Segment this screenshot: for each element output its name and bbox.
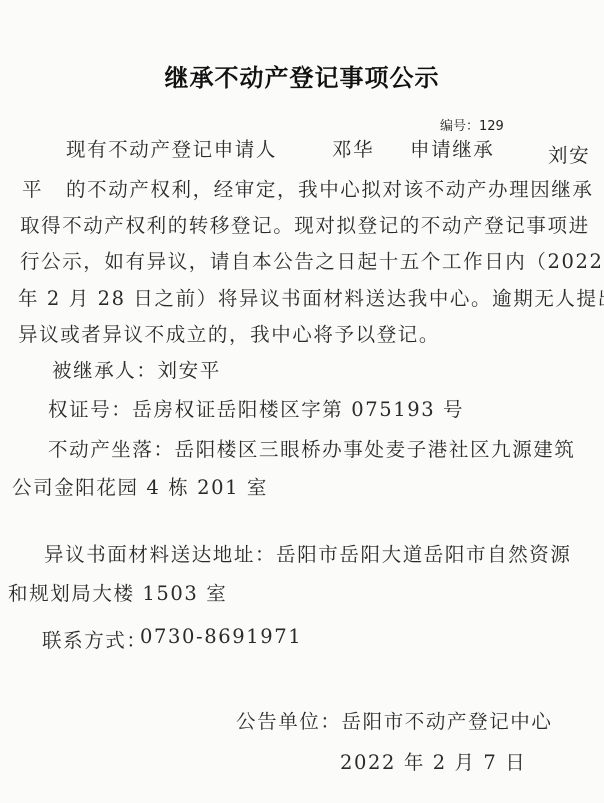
applicant-name: 邓华 (332, 134, 374, 162)
intro-line-6: 异议或者异议不成立的，我中心将予以登记。 (18, 319, 440, 347)
certificate-field: 权证号：岳房权证岳阳楼区字第 075193 号 (48, 394, 464, 422)
contact-phone: 0730-8691971 (140, 625, 302, 648)
decedent-name-part2: 平 (22, 174, 43, 202)
intro-line-1a: 现有不动产登记申请人 (66, 134, 277, 162)
intro-line-1b: 申请继承 (410, 134, 494, 162)
intro-line-3: 取得不动产权利的转移登记。现对拟登记的不动产登记事项进 (20, 210, 584, 238)
notice-number: 编号：129 (440, 115, 504, 134)
decedent-field: 被继承人：刘安平 (52, 355, 221, 383)
decedent-name-part1: 刘安 (548, 140, 590, 168)
address-line-2: 和规划局大楼 1503 室 (8, 578, 227, 606)
location-line-1: 不动产坐落：岳阳楼区三眼桥办事处麦子港社区九源建筑 (48, 434, 494, 462)
page-title: 继承不动产登记事项公示 (0, 58, 604, 93)
intro-line-4: 行公示，如有异议，请自本公告之日起十五个工作日内（2022 (20, 246, 584, 274)
location-line-2: 公司金阳花园 4 栋 201 室 (12, 472, 268, 500)
address-line-1: 异议书面材料送达地址：岳阳市岳阳大道岳阳市自然资源 (44, 539, 492, 567)
issuer: 公告单位：岳阳市不动产登记中心 (236, 706, 553, 734)
intro-line-2: 的不动产权利，经审定，我中心拟对该不动产办理因继承 (66, 174, 584, 202)
intro-line-5: 年 2 月 28 日之前）将异议书面材料送达我中心。逾期无人提出 (18, 283, 584, 311)
issue-date: 2022 年 2 月 7 日 (340, 747, 526, 775)
contact-label: 联系方式： (42, 625, 148, 653)
